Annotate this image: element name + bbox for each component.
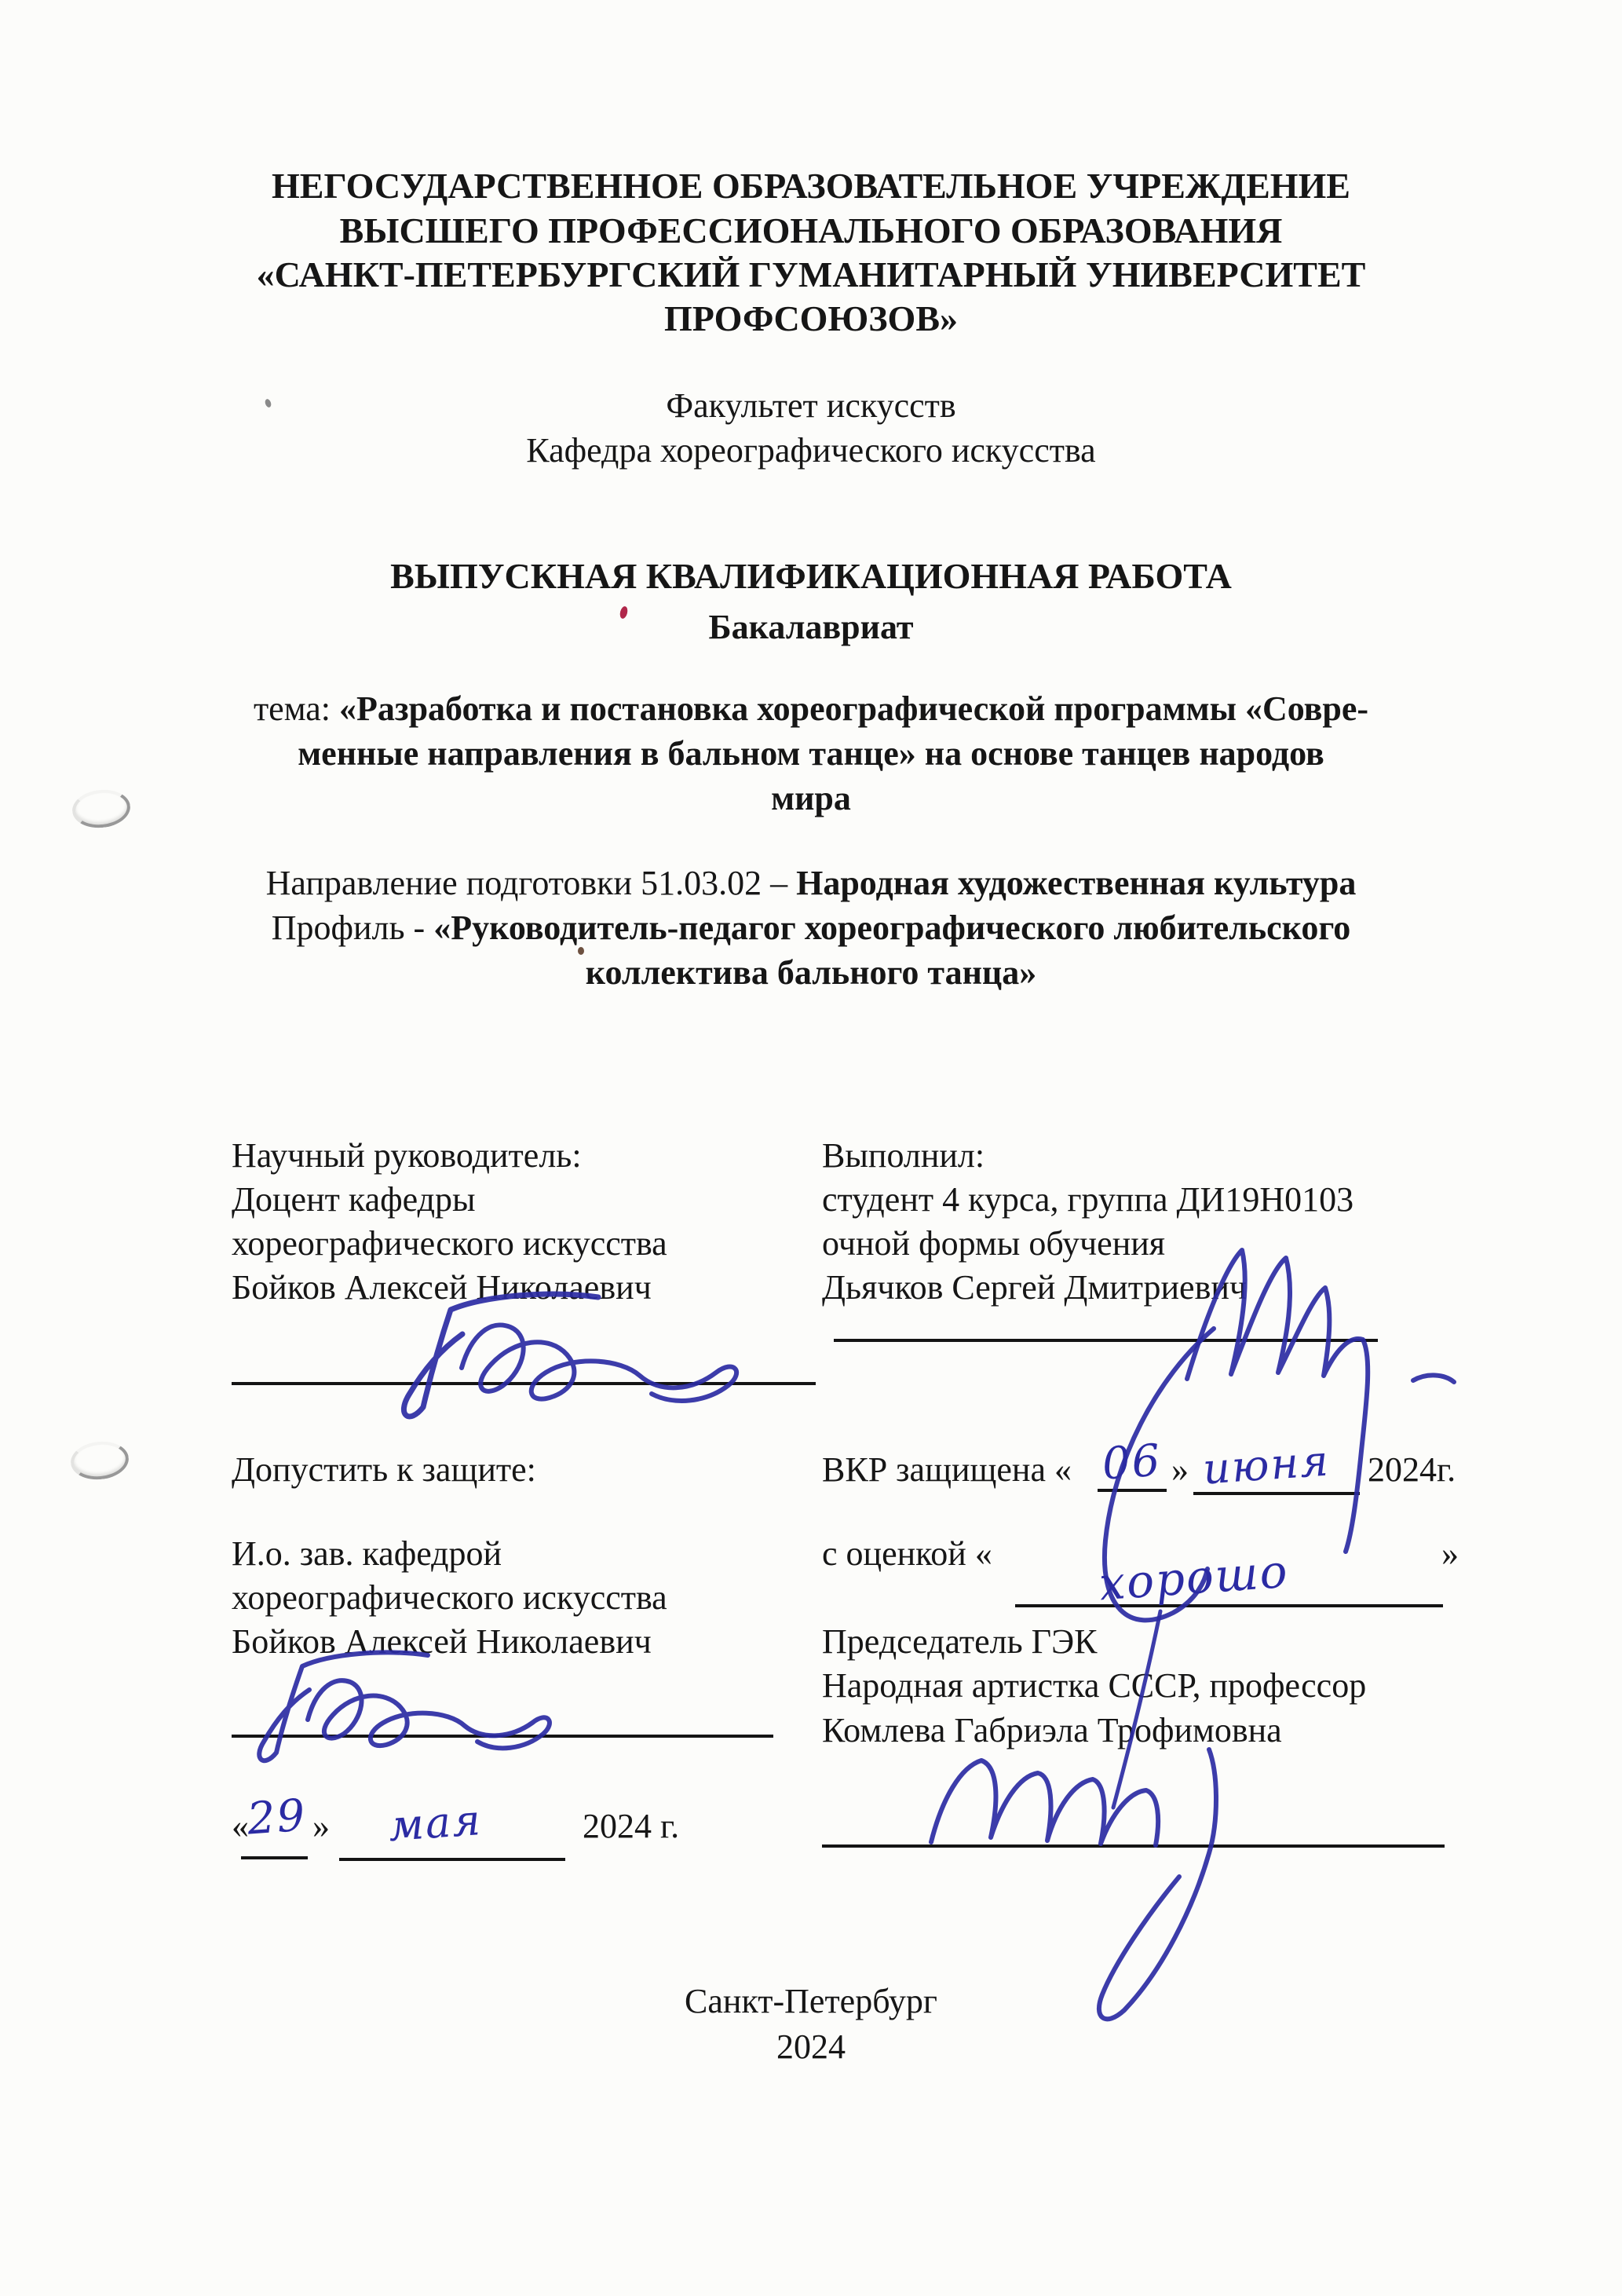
- author-heading: Выполнил:: [822, 1138, 985, 1174]
- brown-speck: [578, 947, 584, 955]
- chair-signature: [931, 1749, 1216, 2019]
- supervisor-position-2: хореографического искусства: [232, 1226, 667, 1262]
- theme-line-2: менные направления в бальном танце» на о…: [0, 736, 1622, 772]
- head-position-2: хореографического искусства: [232, 1580, 667, 1616]
- grade-pen-tail: [1113, 1611, 1160, 1808]
- supervisor-heading: Научный руководитель:: [232, 1138, 582, 1174]
- admission-month-underline: [339, 1858, 565, 1861]
- author-signature-line: [834, 1339, 1378, 1342]
- direction-line: Направление подготовки 51.03.02 – Народн…: [0, 865, 1622, 901]
- thesis-title-page: НЕГОСУДАРСТВЕННОЕ ОБРАЗОВАТЕЛЬНОЕ УЧРЕЖД…: [0, 0, 1622, 2296]
- head-name: Бойков Алексей Николаевич: [232, 1624, 652, 1660]
- profile-line-2: коллектива бального танца»: [0, 955, 1622, 991]
- supervisor-position-1: Доцент кафедры: [232, 1182, 476, 1218]
- hole-punch-mark-bottom: [69, 1439, 131, 1482]
- supervisor-signature: [404, 1294, 736, 1417]
- grade-handwritten: хорошо: [1098, 1545, 1291, 1611]
- faculty-line: Факультет искусств: [0, 388, 1622, 424]
- admission-month-handwritten: мая: [387, 1795, 484, 1851]
- department-line: Кафедра хореографического искусства: [0, 433, 1622, 469]
- grade-prefix: с оценкой «: [822, 1536, 992, 1572]
- admission-date-close-quote: »: [312, 1808, 330, 1844]
- institution-line-3: «САНКТ-ПЕТЕРБУРГСКИЙ ГУМАНИТАРНЫЙ УНИВЕР…: [0, 256, 1622, 294]
- supervisor-signature-line: [232, 1382, 816, 1385]
- institution-line-1: НЕГОСУДАРСТВЕННОЕ ОБРАЗОВАТЕЛЬНОЕ УЧРЕЖД…: [0, 167, 1622, 205]
- defense-month-handwritten: июня: [1201, 1435, 1332, 1493]
- theme-text-1: «Разработка и постановка хореографическо…: [339, 689, 1368, 728]
- admission-year: 2024 г.: [583, 1808, 679, 1844]
- supervisor-name: Бойков Алексей Николаевич: [232, 1270, 652, 1306]
- defense-date-mid: »: [1171, 1452, 1189, 1488]
- chair-title: Председатель ГЭК: [822, 1624, 1098, 1660]
- theme-line-3: мира: [0, 781, 1622, 817]
- theme-line-1: тема: «Разработка и постановка хореограф…: [0, 691, 1622, 727]
- work-degree: Бакалавриат: [0, 609, 1622, 645]
- admission-label: Допустить к защите:: [232, 1452, 536, 1488]
- chair-name: Комлева Габриэла Трофимовна: [822, 1713, 1282, 1749]
- grade-underline: [1015, 1604, 1443, 1607]
- head-signature-line: [232, 1735, 773, 1738]
- footer-city: Санкт-Петербург: [0, 1983, 1622, 2020]
- head-signature: [259, 1652, 550, 1760]
- theme-label: тема:: [254, 689, 331, 728]
- defense-date-prefix: ВКР защищена «: [822, 1452, 1072, 1488]
- author-name: Дьячков Сергей Дмитриевич: [822, 1270, 1247, 1306]
- institution-line-2: ВЫСШЕГО ПРОФЕССИОНАЛЬНОГО ОБРАЗОВАНИЯ: [0, 212, 1622, 250]
- author-study-form: очной формы обучения: [822, 1226, 1165, 1262]
- defense-year: 2024г.: [1368, 1452, 1456, 1488]
- profile-value-1: «Руководитель-педагог хореографического …: [433, 909, 1350, 947]
- admission-day-handwritten: 29: [246, 1790, 309, 1844]
- institution-line-4: ПРОФСОЮЗОВ»: [0, 300, 1622, 338]
- defense-day-handwritten: 06: [1101, 1435, 1164, 1490]
- profile-line-1: Профиль - «Руководитель-педагог хореогра…: [0, 910, 1622, 946]
- chair-line-1: Народная артистка СССР, профессор: [822, 1668, 1366, 1704]
- admission-day-underline: [241, 1856, 308, 1859]
- direction-label: Направление подготовки 51.03.02 –: [266, 864, 788, 902]
- direction-value: Народная художественная культура: [796, 864, 1356, 902]
- head-position-1: И.о. зав. кафедрой: [232, 1536, 502, 1572]
- grade-suffix: »: [1441, 1536, 1459, 1572]
- work-title: ВЫПУСКНАЯ КВАЛИФИКАЦИОННАЯ РАБОТА: [0, 558, 1622, 595]
- author-group: студент 4 курса, группа ДИ19Н0103: [822, 1182, 1353, 1218]
- chair-signature-line: [822, 1844, 1445, 1848]
- footer-year: 2024: [0, 2029, 1622, 2065]
- profile-label: Профиль -: [272, 909, 426, 947]
